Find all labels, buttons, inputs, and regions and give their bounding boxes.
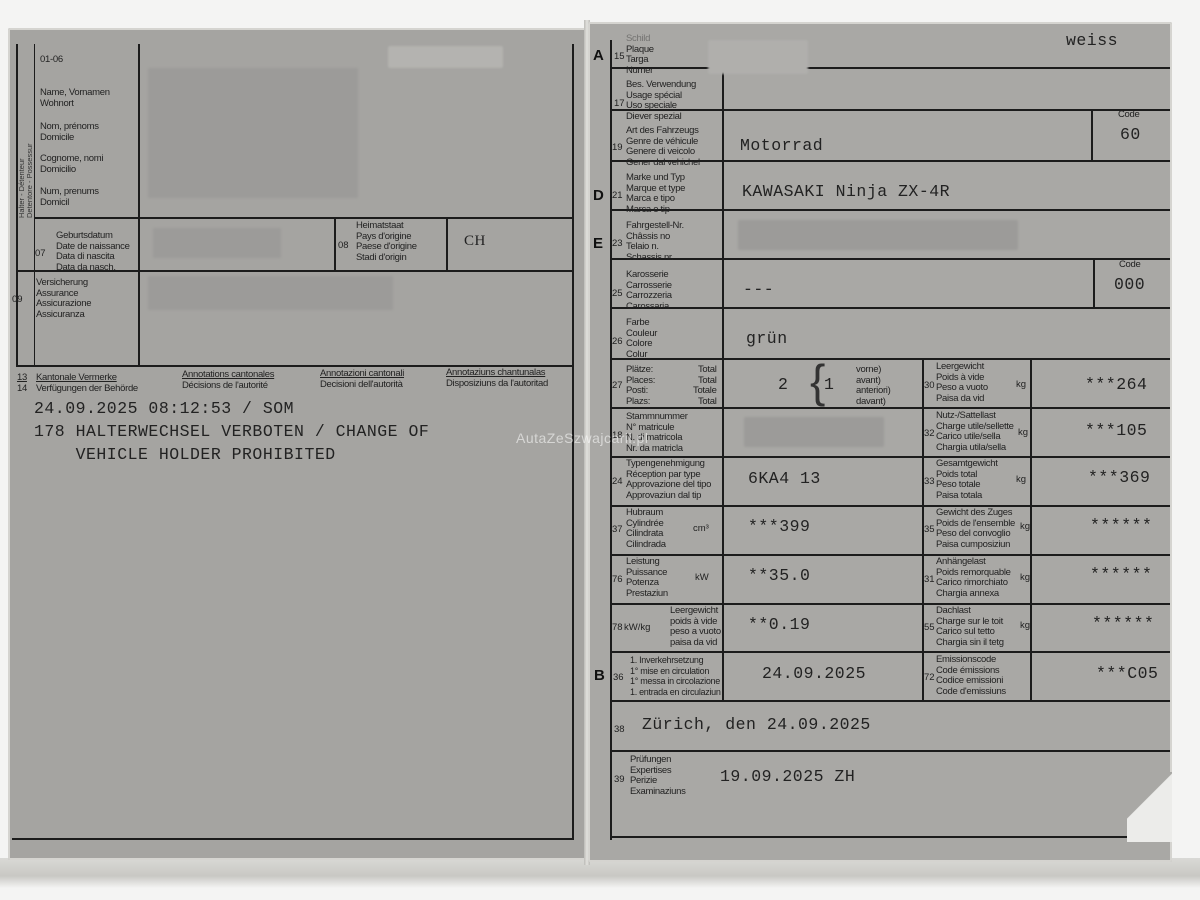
field-number: 39 [614,774,625,785]
right-page: A 15 Schild Plaque Targa Numer weiss 17 … [588,22,1172,862]
special-use-label: Bes. Verwendung Usage spécial Uso specia… [626,80,696,122]
frame-line [334,217,336,270]
power-weight-value: **0.19 [748,615,810,634]
issue-place-date: Zürich, den 24.09.2025 [642,715,871,734]
field-number: 55 [924,622,935,633]
chassis-label: Fahrgestell-Nr. Châssis no Telaio n. Sch… [626,221,684,263]
annotations-header-it: Annotazioni cantonali Decisioni dell'aut… [320,369,404,390]
frame-line [34,44,35,366]
frame-line [610,358,1170,360]
vehicle-type-code: 60 [1120,125,1141,144]
unit-label: kg [1020,521,1030,532]
field-letter: A [593,47,604,64]
plate-value-redacted [708,40,808,74]
field-number: 19 [612,142,623,153]
inspections-label: Prüfungen Expertises Perizie Examinaziun… [630,755,686,797]
frame-line [610,750,1170,752]
annotation-entry: 178 HALTERWECHSEL VERBOTEN / CHANGE OF [34,422,429,441]
total-weight-label: Gesamtgewicht Poids total Peso totale Pa… [936,459,998,501]
emission-code-label: Emissionscode Code émissions Codice emis… [936,655,1006,697]
field-number: 31 [924,574,935,585]
vehicle-type-value: Motorrad [740,136,823,155]
field-number: 30 [924,380,935,391]
field-number: 09 [12,294,23,305]
unit-label: kW [695,572,709,583]
frame-line [12,838,574,840]
seats-front-value: 1 [824,375,834,394]
frame-line [610,209,1170,211]
make-type-label: Marke und Typ Marque et type Marca e tip… [626,173,685,215]
field-number: 33 [924,476,935,487]
train-weight-value: ****** [1090,516,1152,535]
frame-line [610,836,1150,838]
field-number: 24 [612,476,623,487]
annotation-entry: 24.09.2025 08:12:53 / SOM [34,399,294,418]
frame-line [610,258,1170,260]
body-label: Karosserie Carrosserie Carrozzeria Caros… [626,270,672,312]
frame-line [610,307,1170,309]
field-number: 25 [612,288,623,299]
seats-total-label: Total Total Totale Total [693,365,717,407]
power-weight-label: Leergewicht poids à vide peso a vuoto pa… [670,606,721,648]
torn-corner [1127,772,1172,842]
watermark: AutaZeSzwajcarii.pl [516,430,648,446]
unit-label: kg [1020,572,1030,583]
field-number: 15 [614,51,625,62]
holder-value-redacted [148,68,358,198]
annotations-header-rm: Annotaziuns chantunalas Disposiziuns da … [446,368,548,389]
field-number: 21 [612,190,623,201]
insurance-value-redacted [148,276,393,310]
annotations-header-de: Kantonale Vermerke Verfügungen der Behör… [36,373,138,394]
origin-value: CH [464,233,486,250]
field-number: 23 [612,238,623,249]
plate-label: Schild Plaque Targa Numer [626,34,654,76]
field-numbers-13-14: 13 14 [17,373,27,394]
first-registration-label: 1. Inverkehrsetzung 1° mise en circulati… [630,655,721,697]
first-registration-value: 24.09.2025 [762,664,866,683]
type-approval-label: Typengenehmigung Réception par type Appr… [626,459,711,501]
seats-label: Plätze: Places: Posti: Plazs: [626,365,655,407]
field-number: 78 [612,622,623,633]
unit-label: kg [1018,427,1028,438]
holder-label-it: Cognome, nomi Domicilio [40,154,103,175]
color-value: grün [746,329,788,348]
vehicle-type-label: Art des Fahrzeugs Genre de véhicule Gene… [626,126,700,168]
holder-label-fr: Nom, prénoms Domicile [40,122,99,143]
frame-line [610,651,1170,653]
unit-label: kg [1016,474,1026,485]
make-type-value: KAWASAKI Ninja ZX-4R [742,182,950,201]
holder-label-rm: Num, prenums Domicil [40,187,99,208]
empty-weight-value: ***264 [1085,375,1147,394]
towing-load-label: Anhängelast Poids remorquable Carico rim… [936,557,1011,599]
field-number: 37 [612,524,623,535]
field-number: 17 [614,98,625,109]
field-number: 38 [614,724,625,735]
holder-vertical-label: Detentore - Possessur [25,143,34,218]
inspections-value: 19.09.2025 ZH [720,767,855,786]
field-number: 26 [612,336,623,347]
field-number: 32 [924,428,935,439]
field-number: 76 [612,574,623,585]
annotation-entry: VEHICLE HOLDER PROHIBITED [34,445,336,464]
unit-label: kg [1020,620,1030,631]
frame-line [610,407,1170,409]
body-value: --- [743,280,774,299]
redacted-area [388,46,503,68]
unit-label: kg [1016,379,1026,390]
unit-label: kW/kg [624,622,650,633]
empty-weight-label: Leergewicht Poids à vide Peso a vuoto Pa… [936,362,988,404]
field-number: 36 [613,672,624,683]
power-label: Leistung Puissance Potenza Prestaziun [626,557,668,599]
type-approval-value: 6KA4 13 [748,469,821,488]
field-letter: B [594,667,605,684]
power-value: **35.0 [748,566,810,585]
plate-color-value: weiss [1066,31,1118,50]
frame-line [446,217,448,270]
payload-label: Nutz-/Sattellast Charge utile/sellette C… [936,411,1014,453]
field-number: 72 [924,672,935,683]
frame-line [610,700,1170,702]
frame-line [1091,109,1093,161]
origin-label: Heimatstaat Pays d'origine Paese d'origi… [356,221,417,263]
displacement-value: ***399 [748,517,810,536]
birthdate-label: Geburtsdatum Date de naissance Data di n… [56,231,130,273]
holder-label-de: Name, Vornamen Wohnort [40,88,110,109]
frame-line [1093,258,1095,308]
train-weight-label: Gewicht des Zuges Poids de l'ensemble Pe… [936,508,1015,550]
roof-load-label: Dachlast Charge sur le toit Carico sul t… [936,606,1004,648]
seats-front-label: vorne) avant) anteriori) davant) [856,365,891,407]
frame-line [138,44,140,366]
birthdate-value-redacted [153,228,281,258]
field-letter: E [593,235,603,252]
displacement-label: Hubraum Cylindrée Cilindrata Cilindrada [626,508,666,550]
field-number: 07 [35,248,46,259]
body-code: 000 [1114,275,1145,294]
frame-line [34,217,572,219]
insurance-label: Versicherung Assurance Assicurazione Ass… [36,278,91,320]
frame-line [610,554,1170,556]
seats-total-value: 2 [778,375,788,394]
frame-line [610,505,1170,507]
towing-load-value: ****** [1090,565,1152,584]
color-label: Farbe Couleur Colore Colur [626,318,657,360]
left-page: Halter - Détenteur Detentore - Possessur… [8,28,586,860]
field-number: 08 [338,240,349,251]
code-label: Code [1119,260,1141,271]
frame-line [722,67,724,700]
chassis-value-redacted [738,220,1018,250]
unit-label: cm³ [693,523,709,534]
field-letter: D [593,187,604,204]
code-label: Code [1118,110,1140,121]
emission-code-value: ***C05 [1096,664,1158,683]
payload-value: ***105 [1085,421,1147,440]
annotations-header-fr: Annotations cantonales Décisions de l'au… [182,370,274,391]
section-code: 01-06 [40,55,63,66]
total-weight-value: ***369 [1088,468,1150,487]
registry-number-redacted [744,417,884,447]
field-number: 27 [612,380,623,391]
roof-load-value: ****** [1092,614,1154,633]
frame-line [610,67,1170,69]
table-surface-shadow [0,858,1200,888]
field-number: 35 [924,524,935,535]
